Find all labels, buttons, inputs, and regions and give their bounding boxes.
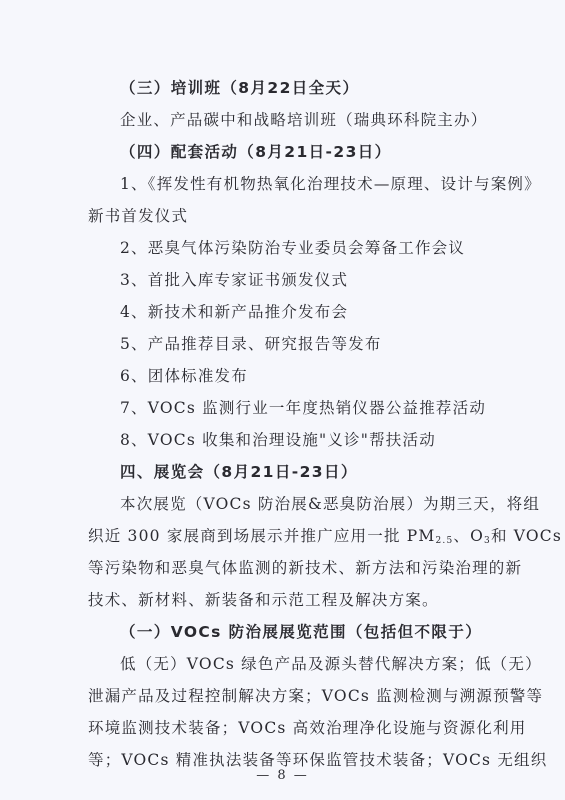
training-body: 企业、产品碳中和战略培训班（瑞典环科院主办） [120, 110, 487, 130]
exhibition-paragraph-line-4: 技术、新材料、新装备和示范工程及解决方案。 [88, 590, 439, 610]
activity-item-5: 5、产品推荐目录、研究报告等发布 [120, 334, 382, 354]
exhibition-heading: 四、展览会（8月21日-23日） [120, 462, 358, 482]
activity-item-4: 4、新技术和新产品推介发布会 [120, 302, 348, 322]
activity-item-7: 7、VOCs 监测行业一年度热销仪器公益推荐活动 [120, 398, 486, 418]
exhibition-paragraph-line-2: 织近 300 家展商到场展示并推广应用一批 PM2.5、O3和 VOCs [88, 526, 500, 551]
activity-item-8: 8、VOCs 收集和治理设施"义诊"帮扶活动 [120, 430, 436, 450]
scope-heading: （一）VOCs 防治展展览范围（包括但不限于） [120, 622, 482, 642]
activity-item-6: 6、团体标准发布 [120, 366, 248, 386]
scope-paragraph-line-4: 等；VOCs 精准执法装备等环保监管技术装备；VOCs 无组织 [88, 750, 500, 770]
activity-item-2: 2、恶臭气体污染防治专业委员会筹备工作会议 [120, 238, 465, 258]
activity-item-1: 1、《挥发性有机物热氧化治理技术—原理、设计与案例》 [120, 174, 541, 194]
activity-item-3: 3、首批入库专家证书颁发仪式 [120, 270, 348, 290]
scope-paragraph-line-3: 环境监测技术装备；VOCs 高效治理净化设施与资源化利用 [88, 718, 500, 738]
training-heading: （三）培训班（8月22日全天） [120, 78, 359, 98]
activities-heading: （四）配套活动（8月21日-23日） [120, 142, 392, 162]
activity-item-1-continued: 新书首发仪式 [88, 206, 188, 226]
exhibition-paragraph-line-1: 本次展览（VOCs 防治展&恶臭防治展）为期三天，将组 [120, 494, 500, 514]
scope-paragraph-line-2: 泄漏产品及过程控制解决方案；VOCs 监测检测与溯源预警等 [88, 686, 500, 706]
scope-paragraph-line-1: 低（无）VOCs 绿色产品及源头替代解决方案；低（无） [120, 654, 500, 674]
page-number: — 8 — [0, 768, 565, 783]
exhibition-paragraph-line-3: 等污染物和恶臭气体监测的新技术、新方法和污染治理的新 [88, 558, 500, 578]
